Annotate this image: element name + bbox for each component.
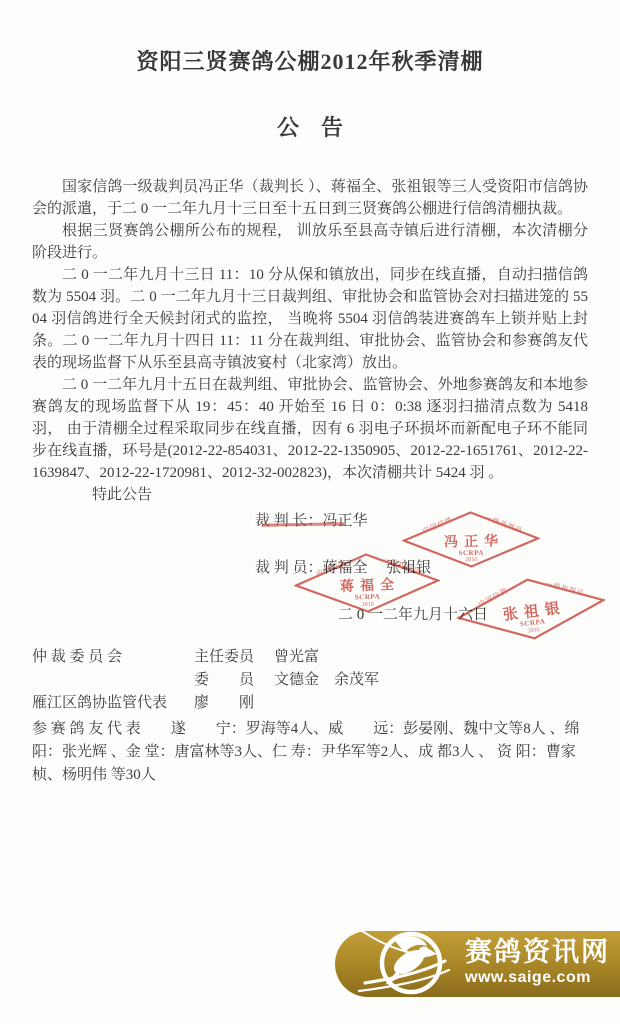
signature-judges: 裁 判 员：蒋福全 张祖银: [255, 557, 588, 579]
paragraph-sep15-count: 二 0 一二年九月十五日在裁判组、审批协会、监管协会、外地参赛鸽友和本地参赛鸽友…: [32, 374, 588, 484]
signature-chief-judge: 裁 判 长：冯正华: [255, 510, 588, 532]
chair-role-label: 主任委员: [194, 646, 274, 669]
judges-names: 蒋福全 张祖银: [323, 560, 432, 576]
member-names: 文德金 余茂军: [274, 669, 588, 692]
chief-judge-name: 冯正华: [323, 513, 368, 529]
signature-date: 二 0 一二年九月十六日: [338, 604, 588, 626]
judges-label: 裁 判 员：: [255, 560, 323, 576]
pigeon-logo-icon: [349, 931, 467, 997]
supervisor-spacer: [274, 692, 588, 715]
site-name: 赛鸽资讯网: [465, 936, 610, 968]
supervisor-label: 雁江区鸽协监管代表: [32, 692, 194, 715]
announcement-document: 资阳三贤赛鸽公棚2012年秋季清棚 公 告 国家信鸽一级裁判员冯正华（裁判长 ）…: [0, 0, 620, 1024]
committee-section: 仲 裁 委 员 会 主任委员 曾光富 委 员 文德金 余茂军 雁江区鸽协监管代表…: [32, 646, 588, 787]
fancier-reps-label: 参 赛 鸽 友 代 表: [32, 721, 141, 737]
document-body: 国家信鸽一级裁判员冯正华（裁判长 ）、蒋福全、张祖银等三人受资阳市信鸽协会的派遣…: [32, 176, 588, 787]
document-title: 资阳三贤赛鸽公棚2012年秋季清棚: [0, 48, 620, 76]
paragraph-rules: 根据三贤赛鸽公棚所公布的规程， 训放乐至县高寺镇后进行清棚，本次清棚分阶段进行。: [32, 220, 588, 264]
footer-brand-text: 赛鸽资讯网 www.saige.com: [465, 936, 610, 987]
supervisor-name: 廖 刚: [194, 692, 274, 715]
members-row: 委 员 文德金 余茂军: [32, 669, 588, 692]
paragraph-sep13-14: 二 0 一二年九月十三日 11：10 分从保和镇放出，同步在线直播，自动扫描信鸽…: [32, 264, 588, 374]
chair-name: 曾光富: [274, 646, 588, 669]
fancier-representatives: 参 赛 鸽 友 代 表 遂 宁：罗海等4人、威 远：彭晏刚、魏中文等8人 、绵 …: [32, 718, 588, 787]
supervisor-row: 雁江区鸽协监管代表 廖 刚: [32, 692, 588, 715]
paragraph-judges-dispatch: 国家信鸽一级裁判员冯正华（裁判长 ）、蒋福全、张祖银等三人受资阳市信鸽协会的派遣…: [32, 176, 588, 220]
member-role-label: 委 员: [194, 669, 274, 692]
saige-watermark-banner: 赛鸽资讯网 www.saige.com: [335, 931, 620, 997]
announcement-heading: 公 告: [0, 114, 620, 142]
arbitration-committee-row: 仲 裁 委 员 会 主任委员 曾光富: [32, 646, 588, 669]
site-url: www.saige.com: [465, 968, 610, 987]
members-row-spacer: [32, 669, 194, 692]
closing-line: 特此公告: [32, 484, 588, 506]
arbitration-committee-label: 仲 裁 委 员 会: [32, 646, 194, 669]
